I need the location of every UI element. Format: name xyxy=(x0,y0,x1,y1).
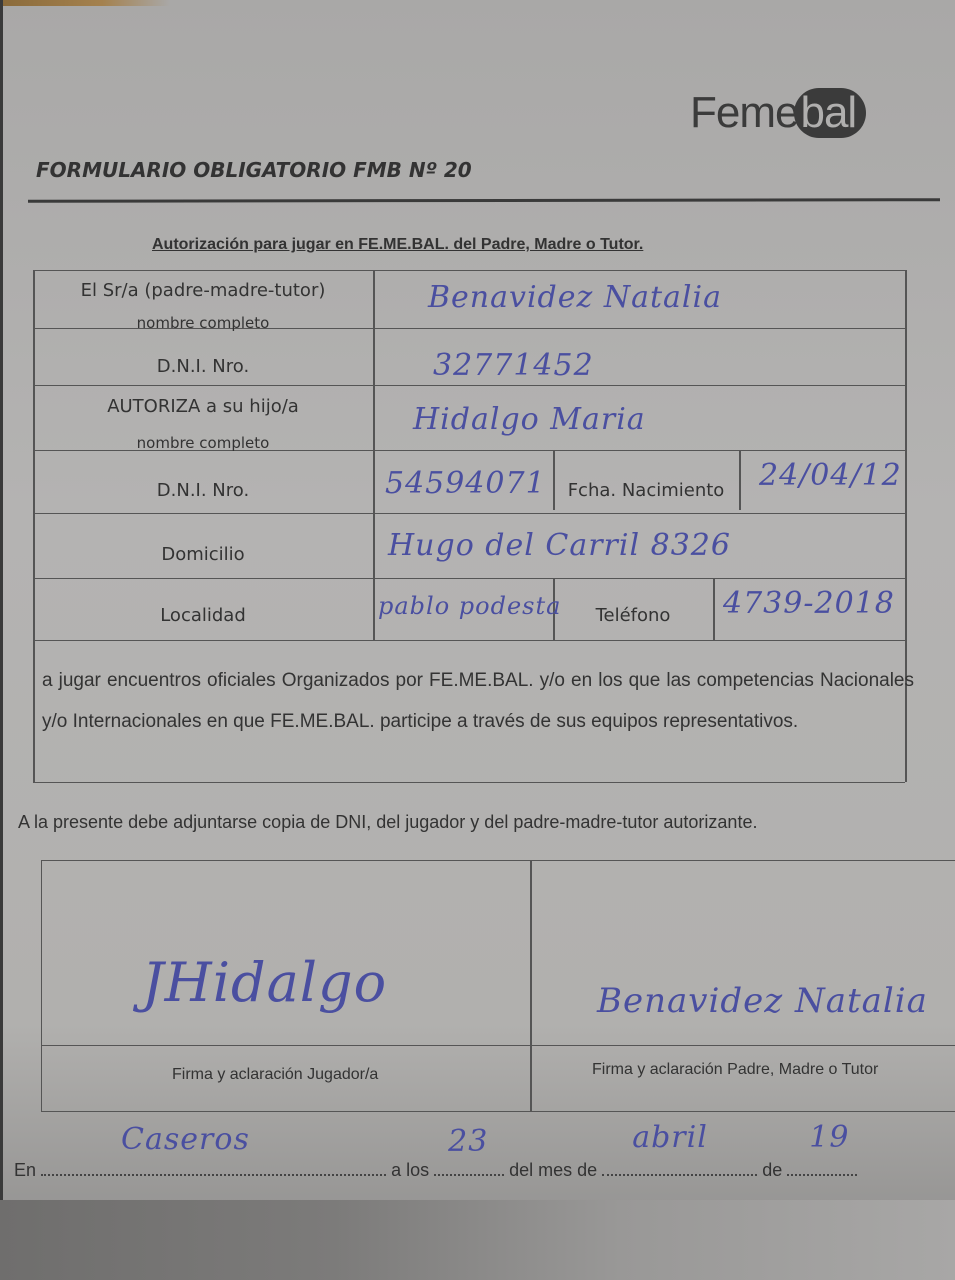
row-line xyxy=(33,782,905,783)
signature-divider xyxy=(530,861,532,1111)
address-label: Domicilio xyxy=(33,544,373,565)
parent-name-field[interactable]: Benavidez Natalia xyxy=(428,280,722,315)
address-field[interactable]: Hugo del Carril 8326 xyxy=(388,528,731,563)
logo-text: Feme xyxy=(690,88,798,137)
phone-label: Teléfono xyxy=(553,605,713,626)
day-value: 23 xyxy=(448,1124,488,1159)
column-divider-phone-value xyxy=(713,578,715,640)
child-sublabel: nombre completo xyxy=(33,434,373,452)
signature-table: JHidalgo Benavidez Natalia Firma y aclar… xyxy=(41,860,955,1112)
form-subtitle: Autorización para jugar en FE.ME.BAL. de… xyxy=(152,236,643,254)
parent-label: El Sr/a (padre-madre-tutor) xyxy=(33,280,373,301)
column-divider-birth-value xyxy=(739,450,741,510)
year-value: 19 xyxy=(809,1120,849,1155)
player-signature[interactable]: JHidalgo xyxy=(142,951,387,1014)
birthdate-label: Fcha. Nacimiento xyxy=(553,480,739,501)
divider xyxy=(28,198,940,203)
child-dni-field[interactable]: 54594071 xyxy=(385,466,546,501)
month-value: abril xyxy=(632,1120,708,1155)
row-line xyxy=(33,640,905,641)
authorization-text: a jugar encuentros oficiales Organizados… xyxy=(42,660,914,742)
table-border-left xyxy=(33,270,35,782)
birthdate-field[interactable]: 24/04/12 xyxy=(759,458,902,493)
place-value: Caseros xyxy=(121,1122,250,1157)
child-label: AUTORIZA a su hijo/a xyxy=(33,396,373,417)
child-dni-label: D.N.I. Nro. xyxy=(33,480,373,501)
parent-dni-field[interactable]: 32771452 xyxy=(433,348,594,383)
row-line xyxy=(33,270,905,271)
phone-field[interactable]: 4739-2018 xyxy=(723,586,895,621)
player-signature-caption: Firma y aclaración Jugador/a xyxy=(172,1066,378,1084)
column-divider xyxy=(373,270,375,640)
row-line xyxy=(33,578,905,579)
logo-pill: bal xyxy=(794,88,866,138)
year-label: de xyxy=(762,1160,782,1180)
month-field[interactable]: abril xyxy=(602,1160,757,1176)
femebal-logo: Femebal xyxy=(690,88,866,138)
day-field[interactable]: 23 xyxy=(434,1160,504,1176)
place-field[interactable]: Caseros xyxy=(41,1160,386,1176)
year-field[interactable]: 19 xyxy=(787,1160,857,1176)
table-edge xyxy=(0,0,170,6)
en-label: En xyxy=(14,1160,36,1180)
parent-signature-caption: Firma y aclaración Padre, Madre o Tutor xyxy=(592,1061,878,1079)
child-name-field[interactable]: Hidalgo Maria xyxy=(413,402,646,437)
locality-field[interactable]: pablo podesta xyxy=(378,592,561,620)
bottom-shadow xyxy=(0,1200,955,1280)
parent-signature[interactable]: Benavidez Natalia xyxy=(597,981,928,1021)
form-title: FORMULARIO OBLIGATORIO FMB Nº 20 xyxy=(36,158,472,182)
parent-dni-label: D.N.I. Nro. xyxy=(33,356,373,377)
place-date-line: En Caseros a los 23 del mes de abril de … xyxy=(14,1160,857,1181)
parent-sublabel: nombre completo xyxy=(33,314,373,332)
shadow-edge xyxy=(0,0,3,1280)
attachment-note: A la presente debe adjuntarse copia de D… xyxy=(18,812,757,833)
day-label: a los xyxy=(391,1160,429,1180)
locality-label: Localidad xyxy=(33,605,373,626)
row-line xyxy=(33,513,905,514)
signature-line xyxy=(42,1045,955,1046)
row-line xyxy=(33,385,905,386)
month-label: del mes de xyxy=(509,1160,597,1180)
